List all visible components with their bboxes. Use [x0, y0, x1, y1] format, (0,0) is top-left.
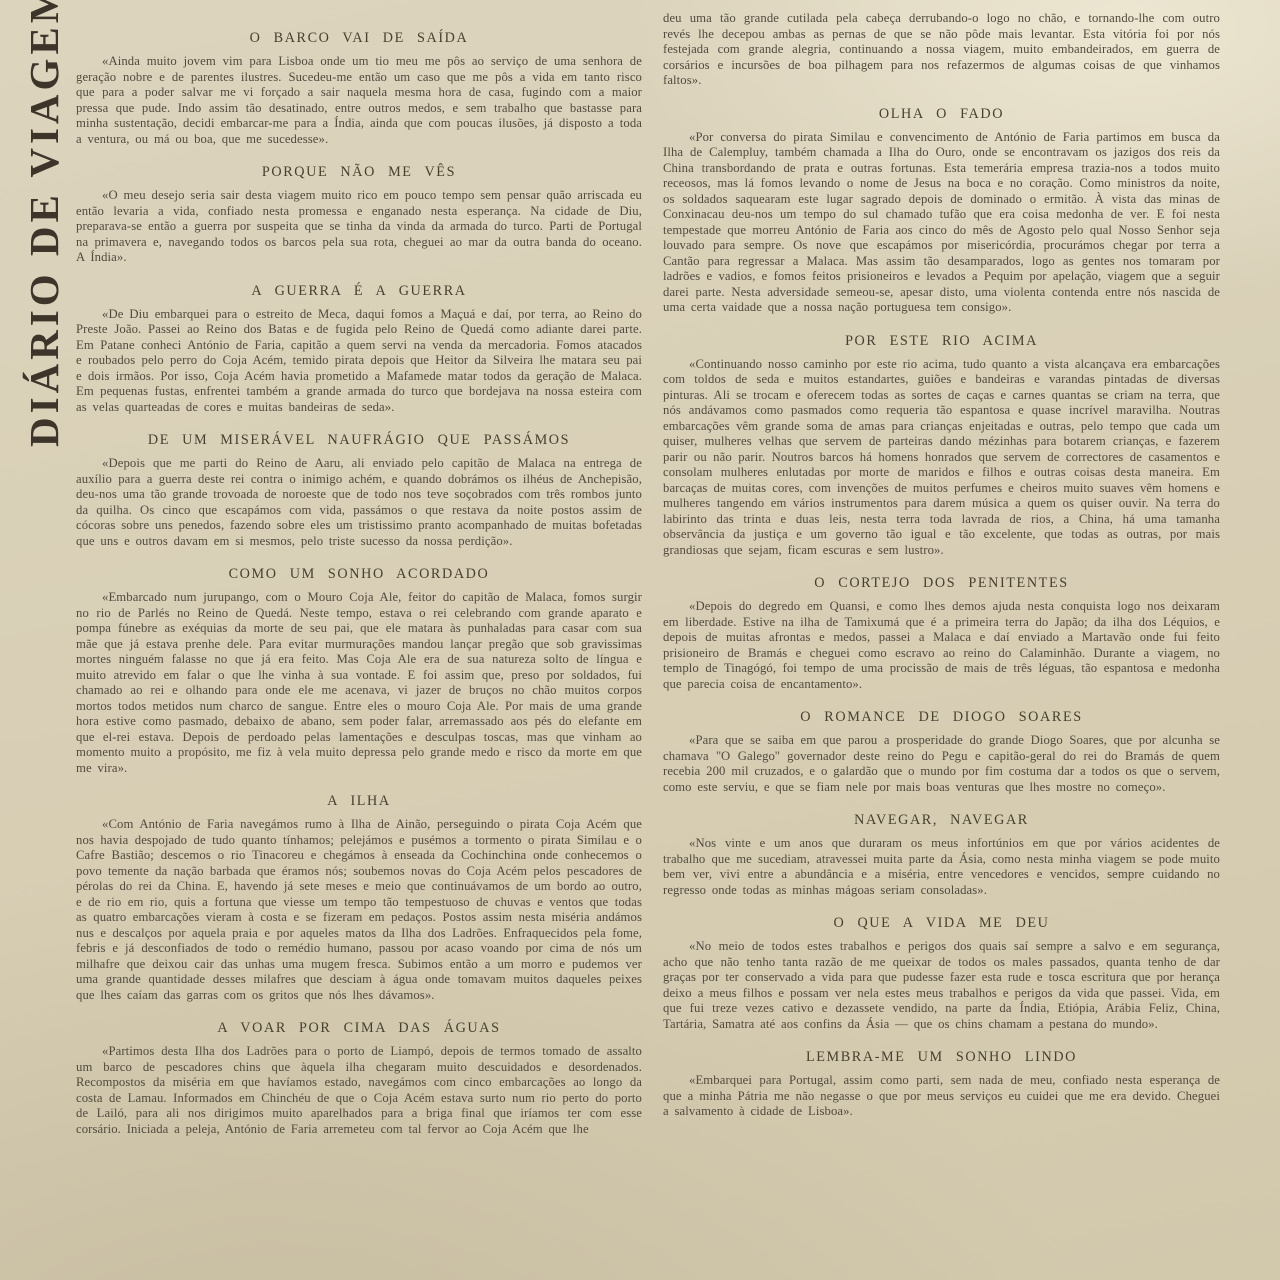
section-heading: LEMBRA-ME UM SONHO LINDO [663, 1049, 1220, 1066]
left-gutter: DIÁRIO DE VIAGEM [0, 0, 76, 1280]
page-title-vertical: DIÁRIO DE VIAGEM [20, 0, 68, 447]
section-o-romance-de-diogo-soares: O ROMANCE DE DIOGO SOARES «Para que se s… [663, 709, 1220, 795]
section-paragraph: «Nos vinte e um anos que duraram os meus… [663, 836, 1220, 898]
section-heading: A GUERRA É A GUERRA [76, 283, 642, 300]
section-paragraph: «Por conversa do pirata Similau e conven… [663, 130, 1220, 316]
section-heading: DE UM MISERÁVEL NAUFRÁGIO QUE PASSÁMOS [76, 432, 642, 449]
section-paragraph: «Partimos desta Ilha dos Ladrões para o … [76, 1044, 642, 1137]
section-paragraph: «Embarcado num jurupango, com o Mouro Co… [76, 590, 642, 776]
section-a-voar-por-cima-das-aguas: A VOAR POR CIMA DAS ÁGUAS «Partimos dest… [76, 1020, 642, 1137]
section-heading: O QUE A VIDA ME DEU [663, 915, 1220, 932]
section-paragraph: «Embarquei para Portugal, assim como par… [663, 1073, 1220, 1120]
section-paragraph: «Com António de Faria navegámos rumo à I… [76, 817, 642, 1003]
section-por-este-rio-acima: POR ESTE RIO ACIMA «Continuando nosso ca… [663, 333, 1220, 559]
section-heading: POR ESTE RIO ACIMA [663, 333, 1220, 350]
section-lembra-me-um-sonho-lindo: LEMBRA-ME UM SONHO LINDO «Embarquei para… [663, 1049, 1220, 1120]
section-heading: OLHA O FADO [663, 106, 1220, 123]
section-como-um-sonho-acordado: COMO UM SONHO ACORDADO «Embarcado num ju… [76, 566, 642, 776]
text-column-left: O BARCO VAI DE SAÍDA «Ainda muito jovem … [76, 0, 642, 1280]
continuation-paragraph: deu uma tão grande cutilada pela cabeça … [663, 11, 1220, 89]
section-o-cortejo-dos-penitentes: O CORTEJO DOS PENITENTES «Depois do degr… [663, 575, 1220, 692]
section-porque-nao-me-ves: PORQUE NÃO ME VÊS «O meu desejo seria sa… [76, 164, 642, 266]
section-de-um-miseravel-naufragio: DE UM MISERÁVEL NAUFRÁGIO QUE PASSÁMOS «… [76, 432, 642, 549]
section-heading: O CORTEJO DOS PENITENTES [663, 575, 1220, 592]
text-column-right: deu uma tão grande cutilada pela cabeça … [663, 0, 1220, 1280]
section-navegar-navegar: NAVEGAR, NAVEGAR «Nos vinte e um anos qu… [663, 812, 1220, 898]
section-heading: A ILHA [76, 793, 642, 810]
section-heading: COMO UM SONHO ACORDADO [76, 566, 642, 583]
section-heading: O ROMANCE DE DIOGO SOARES [663, 709, 1220, 726]
section-paragraph: «De Diu embarquei para o estreito de Mec… [76, 307, 642, 416]
scanned-document-page: DIÁRIO DE VIAGEM O BARCO VAI DE SAÍDA «A… [0, 0, 1280, 1280]
section-paragraph: «No meio de todos estes trabalhos e peri… [663, 939, 1220, 1032]
section-paragraph: «Depois do degredo em Quansi, e como lhe… [663, 599, 1220, 692]
section-paragraph: «Continuando nosso caminho por este rio … [663, 357, 1220, 559]
section-heading: O BARCO VAI DE SAÍDA [76, 30, 642, 47]
section-heading: A VOAR POR CIMA DAS ÁGUAS [76, 1020, 642, 1037]
section-o-que-a-vida-me-deu: O QUE A VIDA ME DEU «No meio de todos es… [663, 915, 1220, 1032]
section-a-guerra-e-a-guerra: A GUERRA É A GUERRA «De Diu embarquei pa… [76, 283, 642, 416]
section-paragraph: «Para que se saiba em que parou a prospe… [663, 733, 1220, 795]
section-olha-o-fado: OLHA O FADO «Por conversa do pirata Simi… [663, 106, 1220, 316]
section-o-barco-vai-de-saida: O BARCO VAI DE SAÍDA «Ainda muito jovem … [76, 30, 642, 147]
section-heading: PORQUE NÃO ME VÊS [76, 164, 642, 181]
section-paragraph: «Ainda muito jovem vim para Lisboa onde … [76, 54, 642, 147]
section-a-ilha: A ILHA «Com António de Faria navegámos r… [76, 793, 642, 1003]
section-paragraph: «Depois que me parti do Reino de Aaru, a… [76, 456, 642, 549]
section-paragraph: «O meu desejo seria sair desta viagem mu… [76, 188, 642, 266]
column-gap [642, 0, 663, 1280]
section-heading: NAVEGAR, NAVEGAR [663, 812, 1220, 829]
